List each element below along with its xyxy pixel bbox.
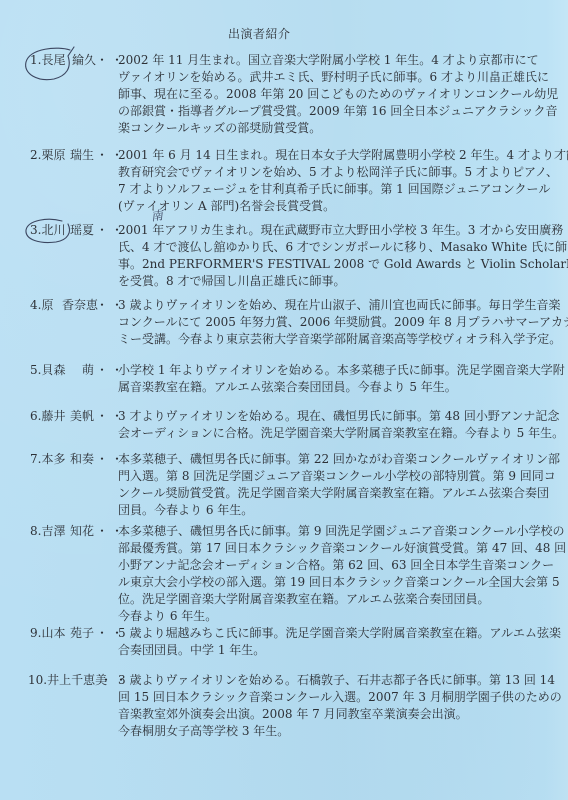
performer-given-name: 知花 [70,523,94,540]
bio-line: コンクールにて 2005 年努力賞、2006 年奨励賞。2009 年 8 月プラ… [118,314,568,331]
bio-line: 門入選。第 8 回洗足学園ジュニア音楽コンクール小学校の部特別賞。第 9 回同コ [118,468,560,485]
performer-number-surname: 5.貝森 [30,362,65,379]
performer-number: 2. [30,148,41,162]
bio-line: 回 15 回日本クラシック音楽コンクール入選。2007 年 3 月桐朋学園子供の… [118,689,562,706]
bio-line: 本多菜穂子、磯恒男各氏に師事。第 9 回洗足学園ジュニア音楽コンクール小学校の [118,523,566,540]
bio-line: 本多菜穂子、磯恒男各氏に師事。第 22 回かながわ音楽コンクールヴァイオリン部 [118,451,560,468]
bio-line: 今春桐朋女子高等学校 3 年生。 [118,723,562,740]
performer-number-surname: 3.北川 [30,222,65,239]
performer-bio: 5 歳より堀越みちこ氏に師事。洗足学園音楽大学附属音楽教室在籍。アルエム弦楽 合… [118,625,561,659]
bio-line: を受賞。8 才で帰国し川畠正雄氏に師事。 [118,273,568,290]
bio-line: 師事、現在に至る。2008 年第 20 回こどものためのヴァイオリンコンクール幼… [118,86,558,103]
performer-number-surname: 4.原 [30,297,53,314]
scanned-document-page: 出演者紹介 1.長尾 綸久 ・・ 2002 年 11 月生まれ。国立音楽大学附属… [0,0,568,800]
performer-number: 1. [30,53,41,67]
bio-line: 属音楽教室在籍。アルエム弦楽合奏団団員。今春より 5 年生。 [118,379,565,396]
performer-bio: 本多菜穂子、磯恒男各氏に師事。第 22 回かながわ音楽コンクールヴァイオリン部 … [118,451,560,519]
bio-line: 5 歳より堀越みちこ氏に師事。洗足学園音楽大学附属音楽教室在籍。アルエム弦楽 [118,625,561,642]
performer-bio: 小学校 1 年よりヴァイオリンを始める。本多菜穂子氏に師事。洗足学園音楽大学附 … [118,362,565,396]
bio-line: 部最優秀賞。第 17 回日本クラシック音楽コンクール好演賞受賞。第 47 回、4… [118,540,566,557]
performer-surname: 吉澤 [41,524,65,538]
performer-given-name: 香奈恵 [62,297,98,314]
bio-line: (ヴァイオリン A 部門)名誉会長賞受賞。 [118,198,568,215]
performer-given-name: 和奏 [70,451,94,468]
bio-line: 7 才よりソルフェージュを甘利真希子氏に師事。第 1 回国際ジュニアコンクール [118,181,568,198]
bio-line: 事。2nd PERFORMER'S FESTIVAL 2008 で Gold A… [118,256,568,273]
performer-surname: 長尾 [41,53,65,67]
performer-surname: 藤井 [41,409,65,423]
performer-number-surname: 2.栗原 [30,147,65,164]
handwritten-note: 南 [150,207,164,226]
performer-number: 8. [30,524,41,538]
performer-surname: 本多 [41,452,65,466]
bio-line: 団員。今春より 6 年生。 [118,502,560,519]
document-title: 出演者紹介 [228,26,291,43]
performer-given-name: 萌 [82,362,94,379]
bio-line: 今春より 6 年生。 [118,608,566,625]
bio-line: 3 歳よりヴァイオリンを始め、現在片山淑子、浦川宜也両氏に師事。毎日学生音楽 [118,297,568,314]
performer-number-surname: 10.井上千恵美 [28,672,107,689]
performer-number: 5. [30,363,41,377]
bio-line: 3 才よりヴァイオリンを始める。現在、磯恒男氏に師事。第 48 回小野アンナ記念 [118,408,564,425]
performer-number: 7. [30,452,41,466]
bio-line: 2001 年アフリカ生まれ。現在武蔵野市立大野田小学校 3 年生。3 才から安田… [118,222,568,239]
performer-number: 9. [30,626,41,640]
bio-line: ル東京大会小学校の部入選。第 19 回日本クラシック音楽コンクール全国大会第 5 [118,574,566,591]
performer-surname: 山本 [41,626,65,640]
performer-number: 10. [28,673,47,687]
bio-line: 合奏団団員。中学 1 年生。 [118,642,561,659]
performer-bio: 3 歳よりヴァイオリンを始め、現在片山淑子、浦川宜也両氏に師事。毎日学生音楽 コ… [118,297,568,348]
bio-line: ミー受講。今春より東京芸術大学音楽学部附属音楽高等学校ヴィオラ科入学予定。 [118,331,568,348]
bio-line: の部銀賞・指導者グループ賞受賞。2009 年第 16 回全日本ジュニアクラシック… [118,103,558,120]
bio-line: 小野アンナ記念会オーディション合格。第 62 回、63 回全日本学生音楽コンクー [118,557,566,574]
bio-line: 楽コンクールキッズの部奨励賞受賞。 [118,120,558,137]
bio-line: 2002 年 11 月生まれ。国立音楽大学附属小学校 1 年生。4 才より京都市… [118,52,558,69]
performer-bio: 2001 年アフリカ生まれ。現在武蔵野市立大野田小学校 3 年生。3 才から安田… [118,222,568,290]
performer-bio: 2001 年 6 月 14 日生まれ。現在日本女子大学附属豊明小学校 2 年生。… [118,147,568,215]
performer-surname: 北川 [41,223,65,237]
bio-line: ンクール奨励賞受賞。洗足学園音楽大学附属音楽教室在籍。アルエム弦楽合奏団 [118,485,560,502]
bio-line: 会オーディションに合格。洗足学園音楽大学附属音楽教室在籍。今春より 5 年生。 [118,425,564,442]
performer-bio: 3 才よりヴァイオリンを始める。現在、磯恒男氏に師事。第 48 回小野アンナ記念… [118,408,564,442]
performer-number: 6. [30,409,41,423]
bio-line: 3 歳よりヴァイオリンを始める。石橋敦子、石井志都子各氏に師事。第 13 回 1… [118,672,562,689]
performer-surname: 井上 [47,673,71,687]
performer-bio: 3 歳よりヴァイオリンを始める。石橋敦子、石井志都子各氏に師事。第 13 回 1… [118,672,562,740]
performer-given-name: 瑞生 [70,147,94,164]
performer-given-name: 瑶夏 [70,222,94,239]
bio-line: 教育研究会でヴァイオリンを始め、5 才より松岡洋子氏に師事。5 才よりピアノ、 [118,164,568,181]
bio-line: 音楽教室郊外演奏会出演。2008 年 7 月同教室卒業演奏会出演。 [118,706,562,723]
performer-given-name: 美帆 [70,408,94,425]
bio-line: 氏、4 才で渡仏し舘ゆかり氏、6 才でシンガポールに移り、Masako Whit… [118,239,568,256]
performer-number-surname: 6.藤井 [30,408,65,425]
performer-surname: 貝森 [41,363,65,377]
performer-number-surname: 1.長尾 [30,52,65,69]
bio-line: 位。洗足学園音楽大学附属音楽教室在籍。アルエム弦楽合奏団団員。 [118,591,566,608]
performer-bio: 本多菜穂子、磯恒男各氏に師事。第 9 回洗足学園ジュニア音楽コンクール小学校の … [118,523,566,625]
performer-number-surname: 8.吉澤 [30,523,65,540]
bio-line: 小学校 1 年よりヴァイオリンを始める。本多菜穂子氏に師事。洗足学園音楽大学附 [118,362,565,379]
performer-number: 4. [30,298,41,312]
bio-line: 2001 年 6 月 14 日生まれ。現在日本女子大学附属豊明小学校 2 年生。… [118,147,568,164]
performer-number: 3. [30,223,41,237]
performer-surname: 栗原 [41,148,65,162]
performer-number-surname: 7.本多 [30,451,65,468]
performer-number-surname: 9.山本 [30,625,65,642]
bio-line: ヴァイオリンを始める。武井エミ氏、野村明子氏に師事。6 才より川畠正雄氏に [118,69,558,86]
performer-surname: 原 [41,298,53,312]
performer-given-name: 苑子 [70,625,94,642]
performer-bio: 2002 年 11 月生まれ。国立音楽大学附属小学校 1 年生。4 才より京都市… [118,52,558,137]
performer-given-name: 綸久 [72,52,96,69]
